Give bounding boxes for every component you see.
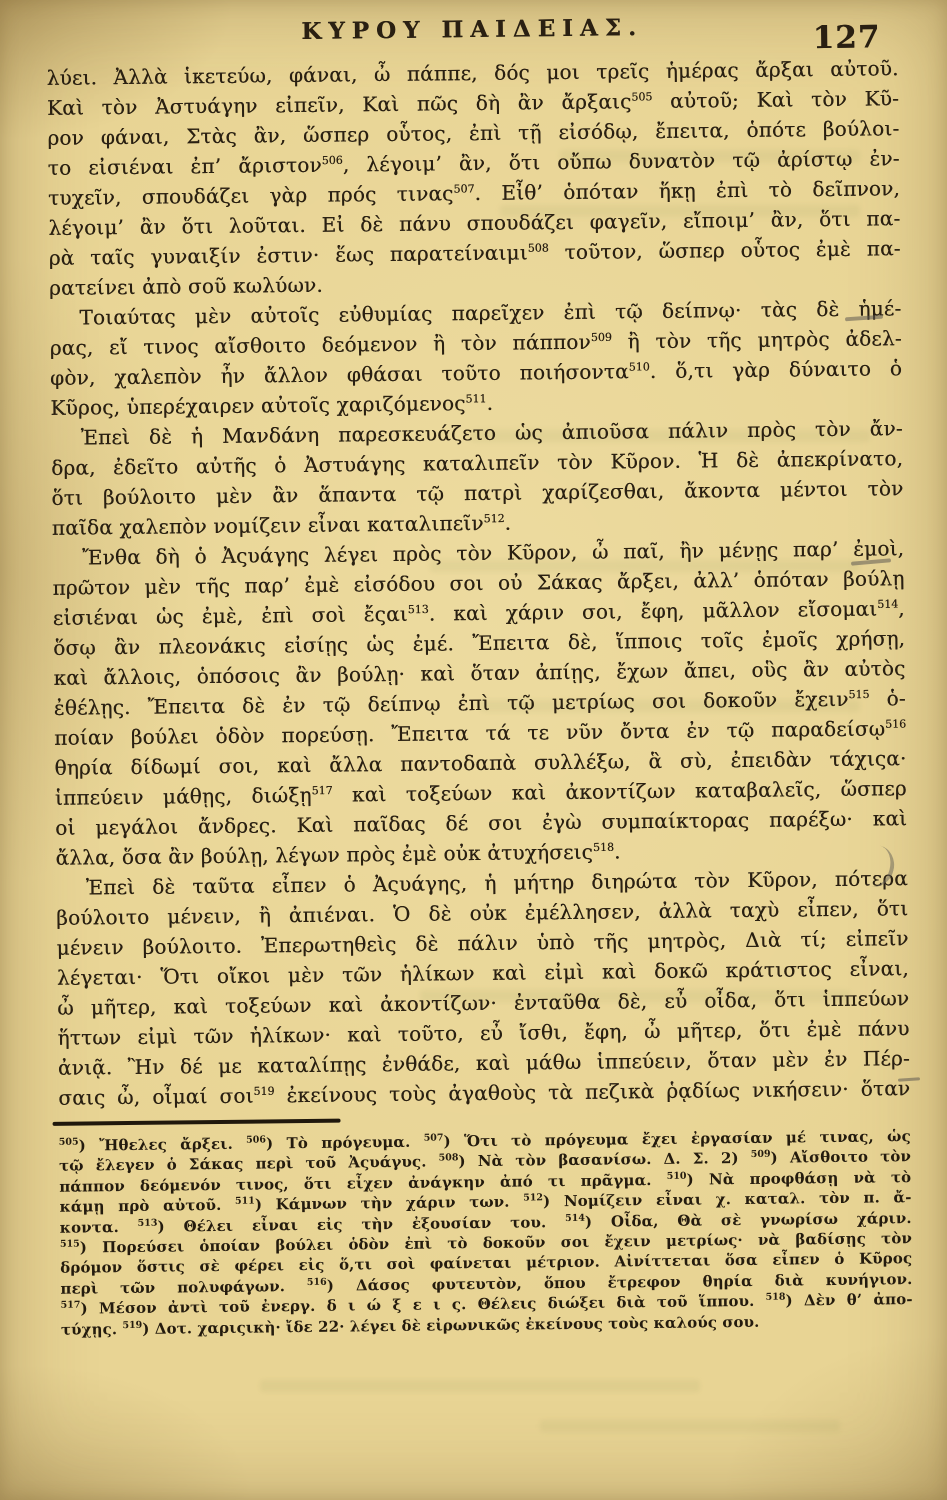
page-number: 127 (812, 19, 880, 56)
paragraph: Τοιαύτας μὲν αὐτοῖς εὐθυμίας παρεῖχεν ἐπ… (49, 293, 902, 423)
footnote-separator-rule (53, 1119, 341, 1126)
footnotes-block: 505) Ἤθελες ἄρξει. 506) Τὸ πρόγευμα. 507… (59, 1126, 913, 1340)
paragraph: Ἐπεὶ δὲ ταῦτα εἶπεν ὁ Ἀςυάγης, ἡ μήτηρ δ… (56, 863, 911, 1113)
paragraph: Ἐπεὶ δὲ ἡ Μανδάνη παρεσκευάζετο ὡς ἀπιοῦ… (51, 413, 904, 543)
show-through-mark (260, 1380, 700, 1392)
paragraph: λύει. Ἀλλὰ ἱκετεύω, φάναι, ὦ πάππε, δός … (47, 53, 902, 303)
show-through-mark (540, 1420, 840, 1432)
running-head-title: ΚΥΡΟΥ ΠΑΙΔΕΙΑΣ. (46, 11, 898, 48)
page-header: ΚΥΡΟΥ ΠΑΙΔΕΙΑΣ. 127 (46, 9, 898, 59)
paragraph: Ἔνθα δὴ ὁ Ἀςυάγης λέγει πρὸς τὸν Κῦρον, … (52, 533, 908, 873)
main-text-block: λύει. Ἀλλὰ ἱκετεύω, φάναι, ὦ πάππε, δός … (47, 53, 911, 1113)
scanned-book-page: ΚΥΡΟΥ ΠΑΙΔΕΙΑΣ. 127 λύει. Ἀλλὰ ἱκετεύω, … (0, 0, 947, 1500)
page-content: ΚΥΡΟΥ ΠΑΙΔΕΙΑΣ. 127 λύει. Ἀλλὰ ἱκετεύω, … (46, 9, 913, 1339)
